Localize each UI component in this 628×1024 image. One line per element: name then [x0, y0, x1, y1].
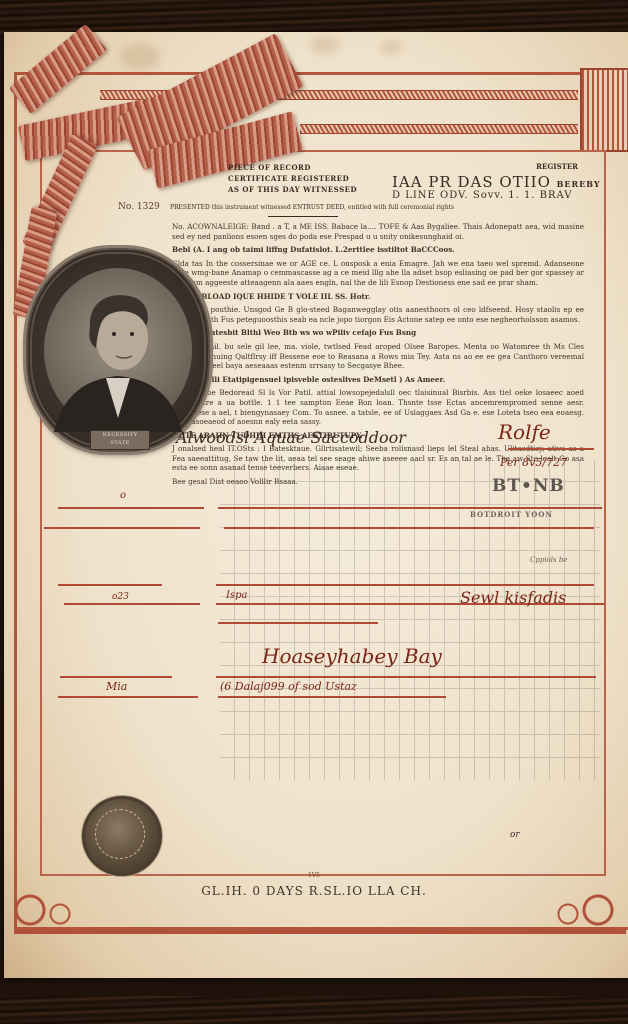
- bottom-border-rail: [14, 930, 626, 934]
- plaque-line: NECESSITY: [91, 431, 149, 439]
- header-left-block: PIECE OF RECORD CERTIFICATE REGISTERED A…: [228, 162, 357, 195]
- brand-stamp: Cppiols be: [530, 556, 567, 564]
- header-left-line: PIECE OF RECORD: [228, 162, 357, 173]
- field-center-signature: Hoaseyhabey Bay: [262, 644, 442, 668]
- wood-background-bottom: [0, 996, 628, 1024]
- field-value: Mia: [106, 680, 127, 693]
- form-line: [218, 507, 602, 509]
- gentleman-portrait-icon: [44, 268, 192, 432]
- plaque-line: STATE: [91, 439, 149, 447]
- corner-column-ornament: [580, 68, 628, 152]
- brand-title: BT•NB: [492, 476, 565, 496]
- bottom-mark: or: [510, 830, 520, 840]
- corner-signature: Rolfe: [498, 420, 551, 444]
- portrait-plaque: NECESSITY STATE: [90, 430, 150, 450]
- body-paragraph: Frst JU, Batesbit Blthl Weo Btb ws wo wP…: [172, 328, 584, 338]
- header-subline: PRESENTED this instrument witnessed ENTR…: [170, 204, 600, 211]
- brand-subtitle: BOTDROIT YOON: [470, 510, 553, 519]
- form-line: [216, 584, 594, 586]
- wood-background-top: [0, 0, 628, 34]
- scroll-ornament-left: [0, 880, 160, 936]
- top-rail-ornament-lower: [300, 124, 578, 134]
- field-initial: o: [120, 490, 126, 501]
- paper-stain: [120, 44, 160, 70]
- paper-stain: [310, 36, 340, 54]
- signature-line: [508, 448, 594, 450]
- form-line: [64, 603, 200, 605]
- form-line: [60, 676, 172, 678]
- form-line: [216, 676, 596, 678]
- document-number: No. 1329: [118, 202, 160, 212]
- body-paragraph: Glda tas In the cossersinae we or AGE ce…: [172, 259, 584, 288]
- body-paragraph: No. ACOWNALEIGE: Band . a T, a ME ISS. B…: [172, 222, 584, 241]
- seal-ring: [95, 809, 145, 859]
- form-line: [58, 507, 204, 509]
- header-right-label: REGISTER: [536, 162, 578, 171]
- corner-date: Per 8v5/727: [500, 456, 567, 469]
- document-body: No. ACOWNALEIGE: Band . a T, a ME ISS. B…: [172, 222, 584, 491]
- portrait-image: [44, 268, 192, 432]
- field-value: Ispa: [226, 590, 247, 601]
- header-underline: [268, 216, 338, 217]
- header-left-line: CERTIFICATE REGISTERED: [228, 173, 357, 184]
- paper-stain: [380, 40, 402, 54]
- title-suffix: BEREBY: [557, 179, 601, 189]
- body-paragraph: Ytom, ett ail. bu sele gil lee, ma. viol…: [172, 342, 584, 371]
- form-line: [58, 584, 162, 586]
- form-line: [224, 527, 594, 529]
- form-line: [58, 696, 198, 698]
- body-paragraph: Aeg--antli pouthie. Unsgod Ge B glo-stee…: [172, 305, 584, 324]
- scroll-ornament-right: [468, 880, 628, 936]
- body-paragraph: Bebl (A. I ang ob taimi liffng Dufatislo…: [172, 245, 584, 255]
- field-signature: Sewl kisfadis: [460, 588, 566, 607]
- form-line: [218, 622, 378, 624]
- document-subtitle: D LINE ODV. Sovv. 1. 1. BRAV: [392, 190, 573, 201]
- body-paragraph: HITTO BLOAD IQUE HHIDE T VOLE IIL SS. Ho…: [172, 292, 584, 302]
- form-line: [44, 527, 200, 529]
- header-left-line: AS OF THIS DAY WITNESSED: [228, 184, 357, 195]
- field-value: (6 Dalaj099 of sod Ustaz: [220, 680, 357, 693]
- body-paragraph: Utep Arselli Etatipigensuel ipisveble os…: [172, 375, 584, 385]
- title-text: IAA PR DAS OTIIO: [392, 173, 551, 191]
- wax-seal-coin: [82, 796, 162, 876]
- footer-mark: 1V5: [308, 872, 320, 879]
- form-line: [218, 696, 446, 698]
- main-signature: Alwoodsl Aquae Saccoddoor: [176, 428, 406, 447]
- portrait-medallion: NECESSITY STATE: [26, 248, 210, 452]
- field-value: o23: [112, 592, 129, 602]
